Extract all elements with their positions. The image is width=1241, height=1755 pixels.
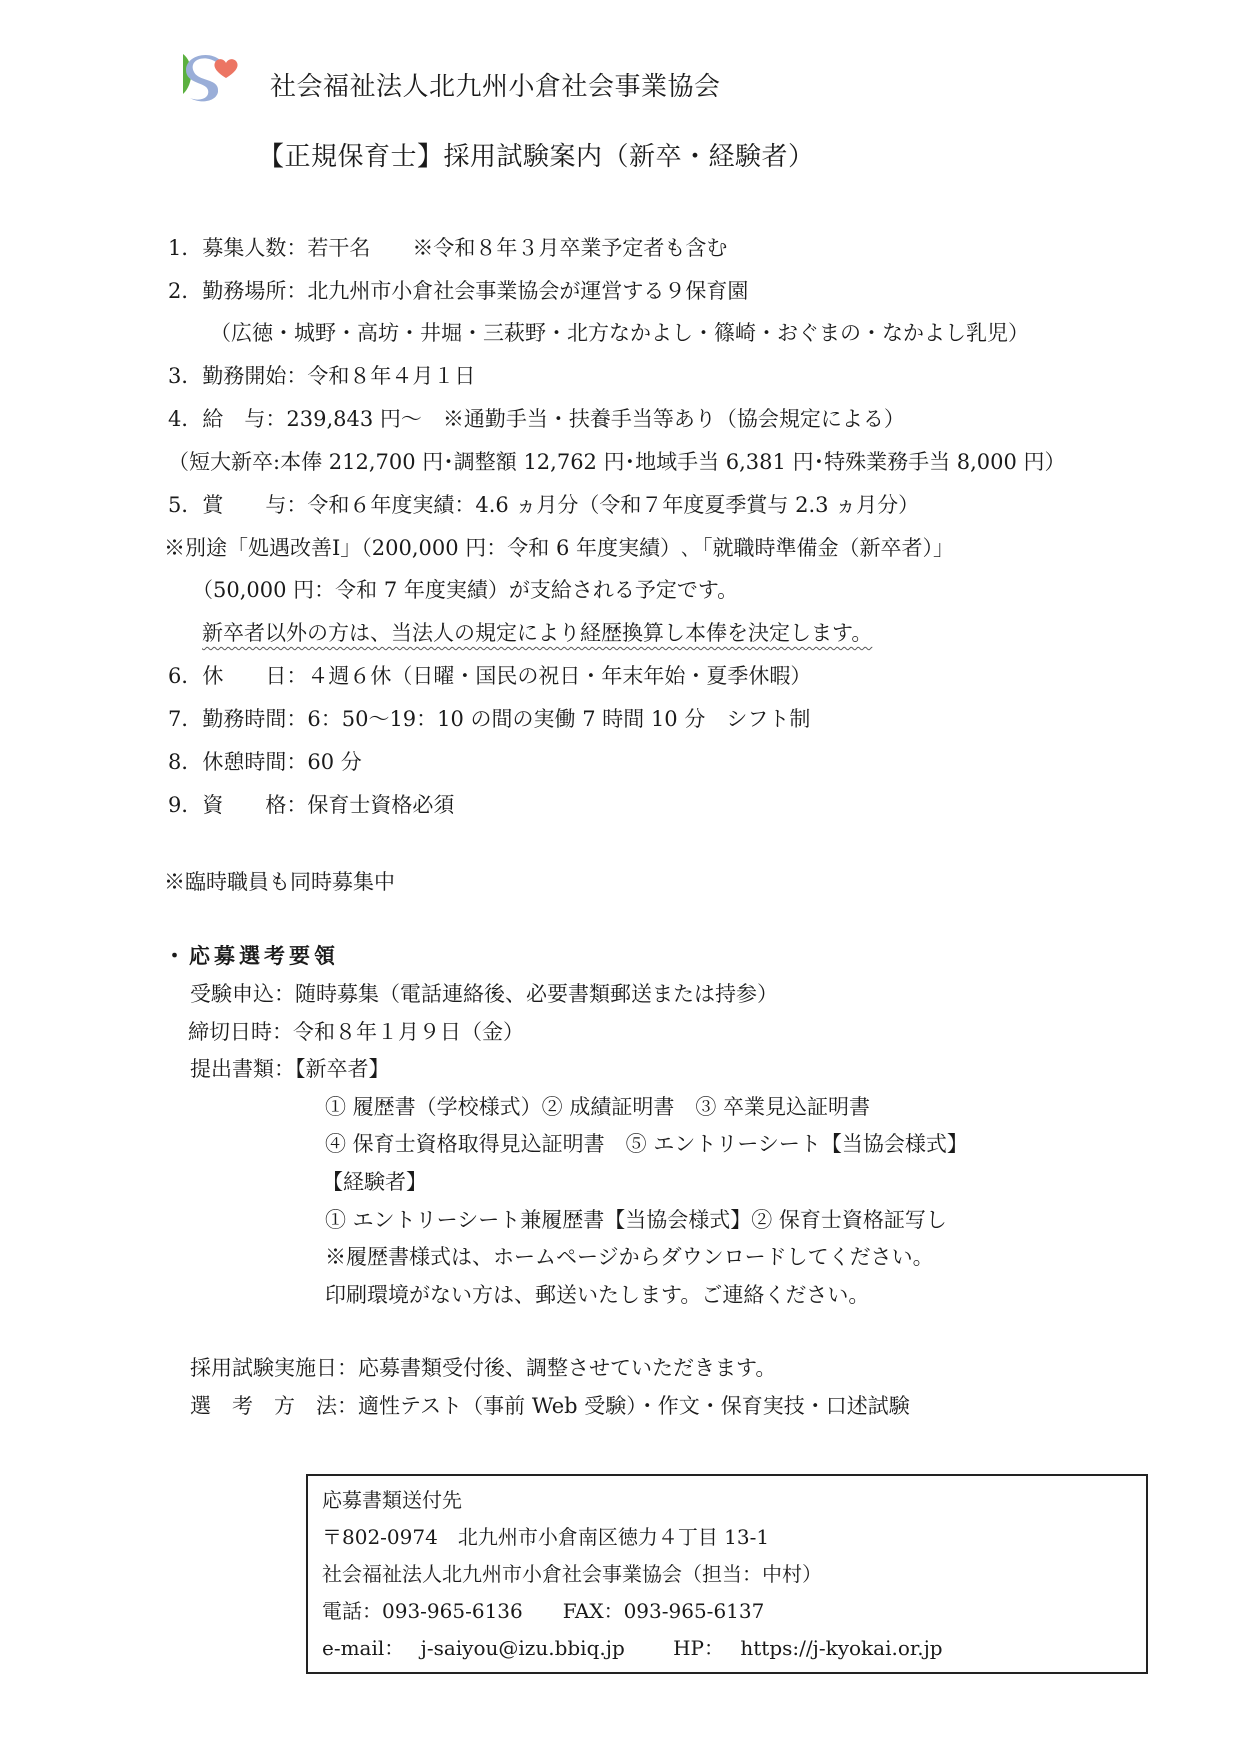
selection-method: 選 考 方 法：適性テスト（事前 Web 受験）・作文・保育実技・口述試験 bbox=[190, 1396, 910, 1417]
apply-method: 受験申込：随時募集（電話連絡後、必要書類郵送または持参） bbox=[190, 984, 778, 1005]
homepage-link[interactable]: https://j-kyokai.or.jp bbox=[740, 1636, 942, 1660]
organization-logo bbox=[180, 48, 240, 108]
item-qualification: 9．資 格：保育士資格必須 bbox=[168, 795, 454, 816]
note-allowances: ※別途「処遇改善Ⅰ」（200,000 円：令和 6 年度実績）､「就職時準備金（… bbox=[164, 538, 954, 559]
item-salary-breakdown: （短大新卒:本俸 212,700 円･調整額 12,762 円･地域手当 6,3… bbox=[168, 452, 1066, 473]
experienced-label: 【経験者】 bbox=[322, 1172, 427, 1193]
contact-box: 応募書類送付先 〒802-0974 北九州市小倉南区徳力４丁目 13-1 社会福… bbox=[306, 1474, 1148, 1674]
exam-date: 採用試験実施日：応募書類受付後、調整させていただきます。 bbox=[190, 1358, 776, 1379]
note-experience-conversion: 新卒者以外の方は、当法人の規定により経歴換算し本俸を決定します。 bbox=[202, 623, 872, 644]
organization-name: 社会福祉法人北九州小倉社会事業協会 bbox=[270, 66, 721, 103]
note-allowances-cont: （50,000 円：令和 7 年度実績）が支給される予定です。 bbox=[192, 580, 738, 601]
email-label: e-mail： bbox=[322, 1636, 404, 1660]
logo-icon bbox=[180, 48, 240, 108]
new-grad-docs-1: ① 履歴書（学校様式）② 成績証明書 ③ 卒業見込証明書 bbox=[325, 1097, 870, 1118]
contact-box-title: 応募書類送付先 bbox=[322, 1490, 462, 1510]
new-grad-docs-2: ④ 保育士資格取得見込証明書 ⑤ エントリーシート【当協会様式】 bbox=[325, 1134, 968, 1155]
download-note: ※履歴書様式は、ホームページからダウンロードしてください。 bbox=[325, 1247, 934, 1268]
item-salary: 4．給 与：239,843 円～ ※通勤手当・扶養手当等あり（協会規定による） bbox=[168, 409, 905, 430]
application-heading: ・応募選考要領 bbox=[164, 946, 339, 967]
temp-staff-note: ※臨時職員も同時募集中 bbox=[164, 872, 395, 893]
hp-label: HP： bbox=[673, 1636, 724, 1660]
deadline: 締切日時：令和８年１月９日（金） bbox=[188, 1022, 524, 1043]
experienced-docs: ① エントリーシート兼履歴書【当協会様式】② 保育士資格証写し bbox=[325, 1210, 947, 1231]
document-title: 【正規保育士】採用試験案内（新卒・経験者） bbox=[258, 136, 815, 173]
item-work-location: 2．勤務場所：北九州市小倉社会事業協会が運営する９保育園 bbox=[168, 281, 748, 302]
item-bonus: 5．賞 与：令和６年度実績：4.6 ヵ月分（令和７年度夏季賞与 2.3 ヵ月分） bbox=[168, 495, 919, 516]
item-holidays: 6．休 日：４週６休（日曜・国民の祝日・年末年始・夏季休暇） bbox=[168, 666, 811, 687]
contact-phone-fax: 電話：093-965-6136 FAX：093-965-6137 bbox=[322, 1601, 764, 1621]
documents-label: 提出書類：【新卒者】 bbox=[190, 1059, 390, 1080]
email-link[interactable]: j-saiyou@izu.bbiq.jp bbox=[421, 1636, 625, 1660]
item-break-time: 8．休憩時間：60 分 bbox=[168, 752, 362, 773]
item-work-hours: 7．勤務時間：6：50～19：10 の間の実働 7 時間 10 分 シフト制 bbox=[168, 709, 810, 730]
mail-note: 印刷環境がない方は、郵送いたします。ご連絡ください。 bbox=[325, 1285, 869, 1306]
item-nursery-list: （広徳・城野・高坊・井堀・三萩野・北方なかよし・篠崎・おぐまの・なかよし乳児） bbox=[210, 323, 1029, 344]
item-start-date: 3．勤務開始：令和８年４月１日 bbox=[168, 366, 475, 387]
contact-organization: 社会福祉法人北九州市小倉社会事業協会（担当：中村） bbox=[322, 1564, 822, 1584]
item-recruitment-count: 1．募集人数：若干名 ※令和８年３月卒業予定者も含む bbox=[168, 238, 727, 259]
contact-address: 〒802-0974 北九州市小倉南区徳力４丁目 13-1 bbox=[322, 1527, 769, 1547]
contact-web-row: e-mail： j-saiyou@izu.bbiq.jp HP： https:/… bbox=[322, 1638, 943, 1658]
